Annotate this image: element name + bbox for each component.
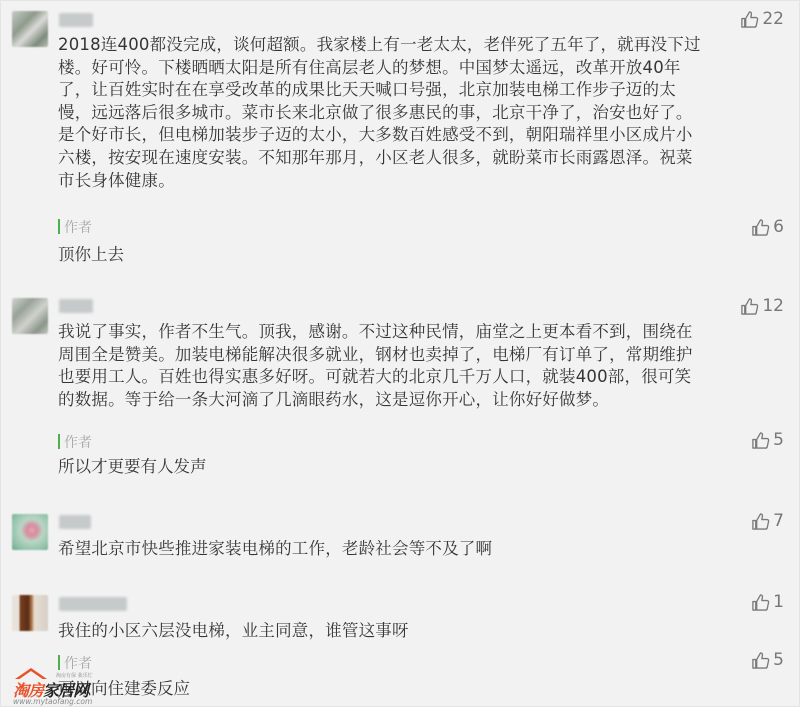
comment-line: 慢，远远落后很多城市。菜市长来北京做了很多惠民的事，北京干净了，治安也好了。 xyxy=(58,102,788,125)
like-count: 1 xyxy=(773,592,784,612)
comment-text: 我住的小区六层没电梯，业主同意，谁管这事呀 xyxy=(58,620,788,643)
thumbs-up-icon xyxy=(751,512,770,531)
author-tag: 作者 xyxy=(64,432,92,452)
thumbs-up-icon xyxy=(751,431,770,450)
like-count: 6 xyxy=(773,217,784,237)
user-avatar-icon[interactable] xyxy=(12,11,48,47)
thumbs-up-icon xyxy=(740,10,759,29)
comment-line: 也要用工人。百姓也得实惠多好呀。可就若大的北京几千万人口，就装400部，很可笑 xyxy=(58,366,788,389)
comment-username[interactable]: 肥猫 xyxy=(59,299,93,313)
like-count: 7 xyxy=(773,511,784,531)
comment-line: 我住的小区六层没电梯，业主同意，谁管这事呀 xyxy=(58,620,788,643)
comment-text: 希望北京市快些推进家装电梯的工作，老龄社会等不及了啊 xyxy=(58,538,788,561)
comment-line: 了，让百姓实时在在享受改革的成果比天天喊口号强，北京加装电梯工作步子迈的太 xyxy=(58,79,788,102)
like-button[interactable]: 22 xyxy=(740,8,784,30)
comment-text: 我说了事实，作者不生气。顶我，感谢。不过这种民情，庙堂之上更本看不到，围绕在 周… xyxy=(58,321,788,411)
author-reply-label: 作者 xyxy=(58,433,92,450)
user-avatar-icon[interactable] xyxy=(12,298,48,334)
author-reply-text: 所以才更要有人发声 xyxy=(58,456,207,478)
comment-username[interactable]: 肥猫 xyxy=(59,13,93,27)
thumbs-up-icon xyxy=(751,651,770,670)
like-button[interactable]: 12 xyxy=(740,295,784,317)
comment-line: 是个好市长，但电梯加装步子迈的太小，大多数百姓感受不到，朝阳瑞祥里小区成片小 xyxy=(58,124,788,147)
author-reply-text: 顶你上去 xyxy=(58,244,124,266)
user-avatar-icon[interactable] xyxy=(12,595,48,631)
like-count: 5 xyxy=(773,650,784,670)
author-indicator-bar xyxy=(58,219,60,234)
comment-line: 的数据。等于给一条大河滴了几滴眼药水，这是逗你开心，让你好好做梦。 xyxy=(58,389,788,412)
comment-line: 周围全是赞美。加装电梯能解决很多就业，钢材也卖掉了，电梯厂有订单了，常期维护 xyxy=(58,344,788,367)
reply-like-button[interactable]: 6 xyxy=(751,216,784,238)
like-count: 22 xyxy=(762,9,784,29)
thumbs-up-icon xyxy=(751,218,770,237)
author-reply-label: 作者 xyxy=(58,218,92,235)
like-button[interactable]: 7 xyxy=(751,510,784,532)
comment-username[interactable]: 红云 xyxy=(59,515,91,529)
author-tag: 作者 xyxy=(64,217,92,237)
comment-username[interactable]: 郭栅阁 xyxy=(59,597,127,611)
reply-like-button[interactable]: 5 xyxy=(751,429,784,451)
user-avatar-icon[interactable] xyxy=(12,514,48,550)
comment-line: 希望北京市快些推进家装电梯的工作，老龄社会等不及了啊 xyxy=(58,538,788,561)
like-count: 5 xyxy=(773,430,784,450)
comment-section: 肥猫 22 2018连400都没完成，谈何超额。我家楼上有一老太太，老伴死了五年… xyxy=(0,0,800,707)
comment-line: 我说了事实，作者不生气。顶我，感谢。不过这种民情，庙堂之上更本看不到，围绕在 xyxy=(58,321,788,344)
site-watermark: 淘房有保 我乐忙 淘房家居网 www.mytaofang.com xyxy=(11,668,101,707)
watermark-url: www.mytaofang.com xyxy=(13,697,92,706)
author-indicator-bar xyxy=(58,434,60,449)
comment-line: 市长身体健康。 xyxy=(58,170,788,193)
comment-line: 楼。好可怜。下楼晒晒太阳是所有住高层老人的梦想。中国梦太遥远，改革开放40年 xyxy=(58,57,788,80)
reply-like-button[interactable]: 5 xyxy=(751,649,784,671)
like-button[interactable]: 1 xyxy=(751,591,784,613)
comment-text: 2018连400都没完成，谈何超额。我家楼上有一老太太，老伴死了五年了，就再没下… xyxy=(58,34,788,192)
comment-line: 2018连400都没完成，谈何超额。我家楼上有一老太太，老伴死了五年了，就再没下… xyxy=(58,34,788,57)
like-count: 12 xyxy=(762,296,784,316)
comment-line: 六楼，按安现在速度安装。不知那年那月，小区老人很多，就盼菜市长雨露恩泽。祝菜 xyxy=(58,147,788,170)
thumbs-up-icon xyxy=(751,593,770,612)
thumbs-up-icon xyxy=(740,297,759,316)
